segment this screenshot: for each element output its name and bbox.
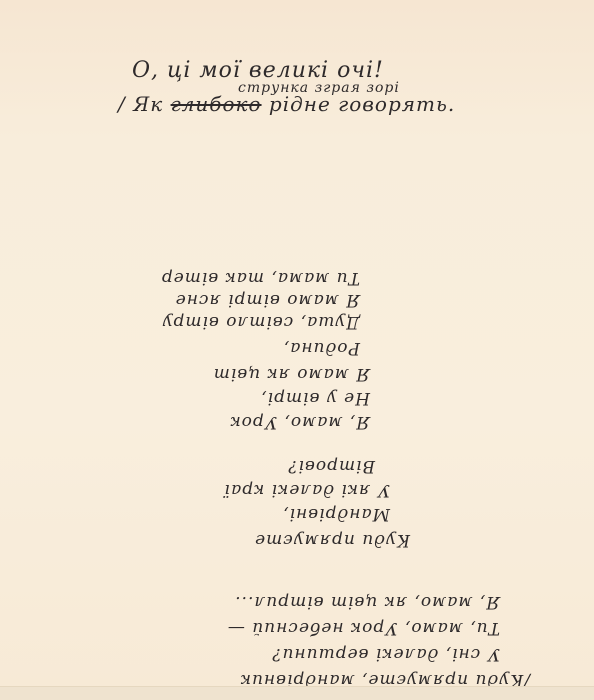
inverted-line: Мандрівні, [282, 504, 390, 524]
inverted-line: Душа, світло вітру [162, 312, 360, 332]
inverted-text-block: /Куди прямуєте, мандрівник У сні, далекі… [100, 250, 530, 690]
inverted-line: Вітрові? [287, 456, 375, 476]
inverted-line: Куди прямуєте [254, 530, 410, 550]
inverted-line: Ти, мамо, Урок небесний — [227, 618, 500, 638]
inverted-line: Я мамо вітрі ясне [175, 290, 360, 310]
inverted-line: Я, мамо, Урок [230, 412, 370, 432]
struck-word: глибоко [171, 92, 262, 116]
handwritten-line-2: / Як глибоко рідне говорять. [118, 92, 455, 116]
inverted-line: Я мамо як цвіт [213, 364, 370, 384]
inverted-line: У які далекі краї [224, 480, 390, 500]
line-2-rest: рідне говорять. [269, 92, 455, 116]
inverted-line: Родина, [283, 338, 360, 358]
line-2-prefix: / Як [118, 92, 163, 116]
inverted-line: Не у вітрі, [260, 388, 370, 408]
paper-bottom-edge [0, 686, 594, 700]
inverted-line: Ти мама, так вітер [161, 268, 360, 288]
inverted-line: Я, мамо, як цвіт вітрил... [234, 592, 500, 612]
upright-text-block: О, ці мої великі очі! струнка зграя зорі… [0, 0, 594, 140]
manuscript-page: О, ці мої великі очі! струнка зграя зорі… [0, 0, 594, 700]
inverted-line: У сні, далекі вершини? [271, 644, 500, 664]
